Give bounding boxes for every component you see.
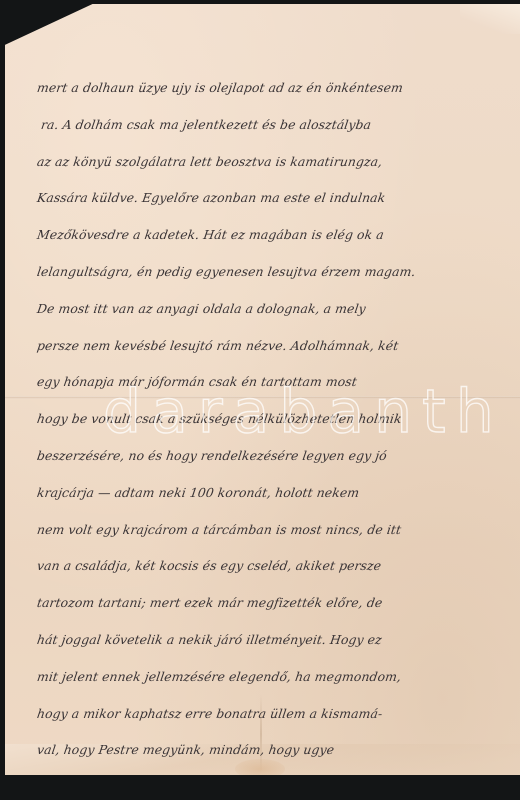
text-line-15: tartozom tartani; mert ezek már megfizet… — [34, 585, 509, 622]
text-line-5: Mezőkövesdre a kadetek. Hát ez magában i… — [34, 217, 509, 254]
text-line-3: az az könyü szolgálatra lett beosztva is… — [34, 144, 509, 181]
text-line-16: hát joggal követelik a nekik járó illetm… — [34, 622, 509, 659]
scan-background: mert a dolhaun üzye ujy is olejlapot ad … — [0, 0, 520, 800]
handwritten-text-block: mert a dolhaun üzye ujy is olejlapot ad … — [37, 70, 507, 769]
text-line-19: val, hogy Pestre megyünk, mindám, hogy u… — [34, 732, 509, 769]
text-line-18: hogy a mikor kaphatsz erre bonatra üllem… — [34, 696, 509, 733]
text-line-9: egy hónapja már jóformán csak én tartott… — [34, 364, 509, 401]
text-line-10: hogy be vonult csak a szükséges nélkülöz… — [34, 401, 509, 438]
text-line-17: mit jelent ennek jellemzésére elegendő, … — [34, 659, 509, 696]
text-line-4: Kassára küldve. Egyelőre azonban ma este… — [34, 180, 509, 217]
text-line-7: De most itt van az anyagi oldala a dolog… — [34, 291, 509, 328]
text-line-8: persze nem kevésbé lesujtó rám nézve. Ad… — [34, 328, 509, 365]
text-line-14: van a családja, két kocsis és egy cseléd… — [34, 548, 509, 585]
text-line-1: mert a dolhaun üzye ujy is olejlapot ad … — [34, 70, 509, 107]
paper-corner-curl — [460, 4, 520, 34]
text-line-11: beszerzésére, no és hogy rendelkezésére … — [34, 438, 509, 475]
text-line-6: lelangultságra, én pedig egyenesen lesuj… — [34, 254, 509, 291]
text-line-13: nem volt egy krajcárom a tárcámban is mo… — [34, 512, 509, 549]
text-line-12: krajcárja — adtam neki 100 koronát, holo… — [34, 475, 509, 512]
letter-page: mert a dolhaun üzye ujy is olejlapot ad … — [5, 4, 520, 775]
text-line-2: ra. A dolhám csak ma jelentkezett és be … — [34, 107, 509, 144]
